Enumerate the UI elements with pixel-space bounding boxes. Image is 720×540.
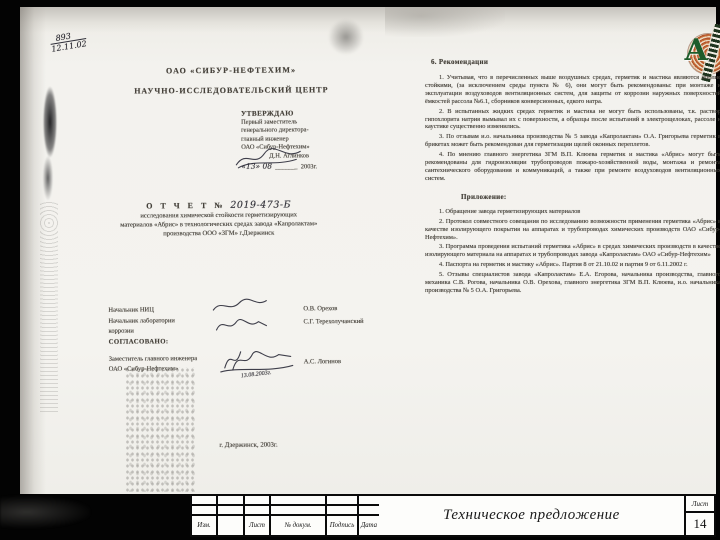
title-block-row	[192, 506, 379, 516]
signatory-name: А.С. Логинов	[304, 358, 341, 367]
signatory-name: С.Г. Терехолучанский	[303, 318, 363, 327]
column-label-blank	[218, 516, 245, 535]
section-heading: 6. Рекомендации	[431, 58, 720, 66]
signatory-role: Заместитель главного инженера	[109, 355, 198, 364]
title-block-label-row: Изм. Лист № докум. Подпись Дата	[192, 516, 379, 535]
recommendation-paragraph: 3. По отзывам и.о. начальника производст…	[425, 133, 720, 149]
column-label-docnum: № докум.	[271, 516, 327, 535]
slide-background: 893 12.11.02 ОАО «СИБУР-НЕФТЕХИМ» НАУЧНО…	[0, 0, 720, 540]
report-subtitle: производства ООО «ЗГМ» г.Дзержинск	[65, 228, 373, 239]
document-title-cell: Техническое предложение	[379, 496, 684, 535]
approval-block: УТВЕРЖДАЮ Первый заместитель генеральног…	[241, 109, 366, 172]
column-label-list: Лист	[245, 516, 271, 535]
appendix-item: 4. Паспорта на герметик и мастику «Абрис…	[425, 261, 720, 269]
signatory-name: О.В. Орехов	[303, 305, 337, 314]
handwritten-registration-note: 893 12.11.02	[49, 30, 87, 54]
report-title-block: О Т Ч Е Т № 2019-473-Б исследования хими…	[65, 199, 373, 239]
report-cover-page: 893 12.11.02 ОАО «СИБУР-НЕФТЕХИМ» НАУЧНО…	[38, 13, 386, 502]
signatory-role: ОАО «Сибур-Нефтехим»	[109, 365, 179, 374]
scanned-spread: 893 12.11.02 ОАО «СИБУР-НЕФТЕХИМ» НАУЧНО…	[20, 7, 716, 494]
document-title: Техническое предложение	[443, 507, 620, 524]
approver-signature	[233, 145, 307, 172]
title-block-row	[192, 496, 379, 506]
recommendations-content: 6. Рекомендации 1. Учитывая, что в переч…	[425, 58, 720, 297]
recommendation-paragraph: 2. В испытанных жидких средах герметик и…	[425, 108, 720, 132]
signature-squiggle	[212, 314, 270, 336]
column-label-podpis: Подпись	[327, 516, 359, 535]
column-label-data: Дата	[359, 516, 379, 535]
appendix-item: 1. Обращение завода герметизирующих мате…	[425, 208, 720, 216]
recommendation-paragraph: 4. По мнению главного энергетика ЗГМ В.П…	[425, 151, 720, 183]
signatory-role: коррозии	[108, 328, 133, 337]
sheet-number-cell: Лист 14	[684, 496, 714, 535]
organization-header: ОАО «СИБУР-НЕФТЕХИМ» НАУЧНО-ИССЛЕДОВАТЕЛ…	[84, 65, 379, 96]
signature-squiggle	[210, 297, 270, 315]
recommendation-paragraph: 1. Учитывая, что в перечисленных выше во…	[425, 74, 720, 106]
title-block-grid: Изм. Лист № докум. Подпись Дата	[192, 496, 379, 535]
sheet-label: Лист	[686, 496, 714, 513]
city-year-footer: г. Дзержинск, 2003г.	[219, 442, 277, 449]
drawing-title-block: Изм. Лист № докум. Подпись Дата Техничес…	[190, 494, 716, 537]
appendix-label: Приложение:	[461, 193, 720, 201]
report-label: О Т Ч Е Т №	[146, 201, 225, 211]
appendix-item: 3. Программа проведения испытаний гермет…	[425, 243, 720, 259]
company-name: ОАО «СИБУР-НЕФТЕХИМ»	[84, 65, 379, 76]
column-label-izm: Изм.	[192, 516, 218, 535]
department-name: НАУЧНО-ИССЛЕДОВАТЕЛЬСКИЙ ЦЕНТР	[84, 85, 379, 96]
appendix-item: 2. Протокол совместного совещания по исс…	[425, 218, 720, 242]
recommendations-page: А 6. Рекомендации 1. Учитывая, что в пер…	[405, 14, 720, 494]
sheet-number: 14	[686, 513, 714, 535]
report-number-handwritten: 2019-473-Б	[230, 199, 291, 210]
signatory-role: Начальник НИЦ	[108, 306, 154, 315]
appendix-item: 5. Отзывы специалистов завода «Капролакт…	[425, 271, 720, 295]
agreed-label: СОГЛАСОВАНО:	[109, 338, 169, 345]
signatory-role: Начальник лаборатории	[108, 317, 174, 326]
